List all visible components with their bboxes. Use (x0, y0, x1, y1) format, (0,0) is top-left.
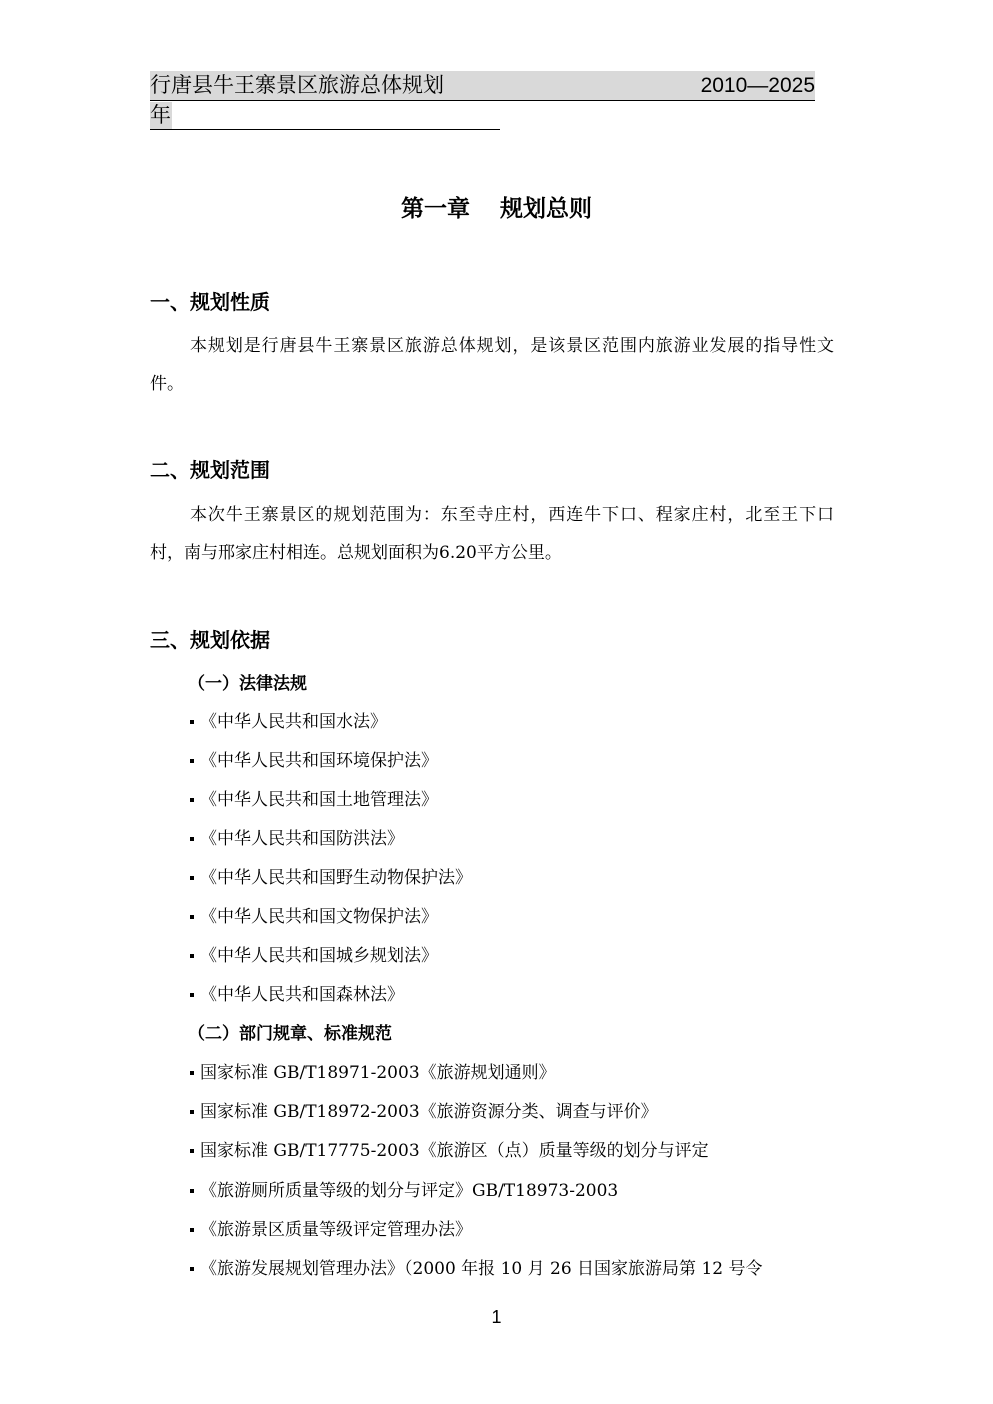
header-title-continuation: 年 (150, 102, 172, 129)
list-item: 《中华人民共和国文物保护法》 (190, 904, 438, 930)
bullet-icon (190, 1189, 194, 1193)
bullet-icon (190, 1228, 194, 1232)
bullet-icon (190, 1149, 194, 1153)
bullet-icon (190, 1267, 194, 1271)
bullet-icon (190, 798, 194, 802)
list-item: 国家标准 GB/T18972-2003《旅游资源分类、调查与评价》 (190, 1099, 658, 1125)
bullet-icon (190, 876, 194, 880)
header-title: 行唐县牛王寨景区旅游总体规划 (150, 71, 444, 100)
bullet-icon (190, 915, 194, 919)
chapter-name: 规划总则 (500, 195, 592, 222)
list-item: 《中华人民共和国水法》 (190, 709, 387, 735)
chapter-title: 第一章规划总则 (0, 192, 993, 226)
running-header: 行唐县牛王寨景区旅游总体规划 2010—2025 (150, 71, 815, 101)
header-years: 2010—2025 (701, 71, 815, 100)
bullet-icon (190, 759, 194, 763)
section-heading: 一、规划性质 (150, 287, 270, 317)
list-item: 《中华人民共和国土地管理法》 (190, 787, 438, 813)
list-item: 《旅游发展规划管理办法》（2000 年报 10 月 26 日国家旅游局第 12 … (190, 1256, 763, 1282)
running-header-continuation: 年 (150, 102, 500, 130)
list-item: 《旅游景区质量等级评定管理办法》 (190, 1217, 472, 1243)
subsection-heading: （二）部门规章、标准规范 (188, 1021, 392, 1047)
list-item: 《中华人民共和国森林法》 (190, 982, 404, 1008)
bullet-icon (190, 954, 194, 958)
list-item: 国家标准 GB/T17775-2003《旅游区（点）质量等级的划分与评定 (190, 1138, 709, 1164)
section-heading: 二、规划范围 (150, 455, 270, 485)
bullet-icon (190, 1071, 194, 1075)
bullet-icon (190, 993, 194, 997)
list-item: 《中华人民共和国环境保护法》 (190, 748, 438, 774)
list-item: 国家标准 GB/T18971-2003《旅游规划通则》 (190, 1060, 556, 1086)
list-item: 《中华人民共和国防洪法》 (190, 826, 404, 852)
chapter-number: 第一章 (401, 195, 470, 222)
bullet-icon (190, 720, 194, 724)
subsection-heading: （一）法律法规 (188, 671, 307, 697)
list-item: 《中华人民共和国野生动物保护法》 (190, 865, 472, 891)
section-heading: 三、规划依据 (150, 625, 270, 655)
page-number: 1 (0, 1307, 993, 1328)
bullet-icon (190, 1110, 194, 1114)
list-item: 《中华人民共和国城乡规划法》 (190, 943, 438, 969)
section-paragraph: 本规划是行唐县牛王寨景区旅游总体规划，是该景区范围内旅游业发展的指导性文件。 (150, 327, 834, 403)
bullet-icon (190, 837, 194, 841)
list-item: 《旅游厕所质量等级的划分与评定》GB/T18973-2003 (190, 1178, 618, 1204)
section-paragraph: 本次牛王寨景区的规划范围为：东至寺庄村，西连牛下口、程家庄村，北至王下口村，南与… (150, 496, 834, 572)
